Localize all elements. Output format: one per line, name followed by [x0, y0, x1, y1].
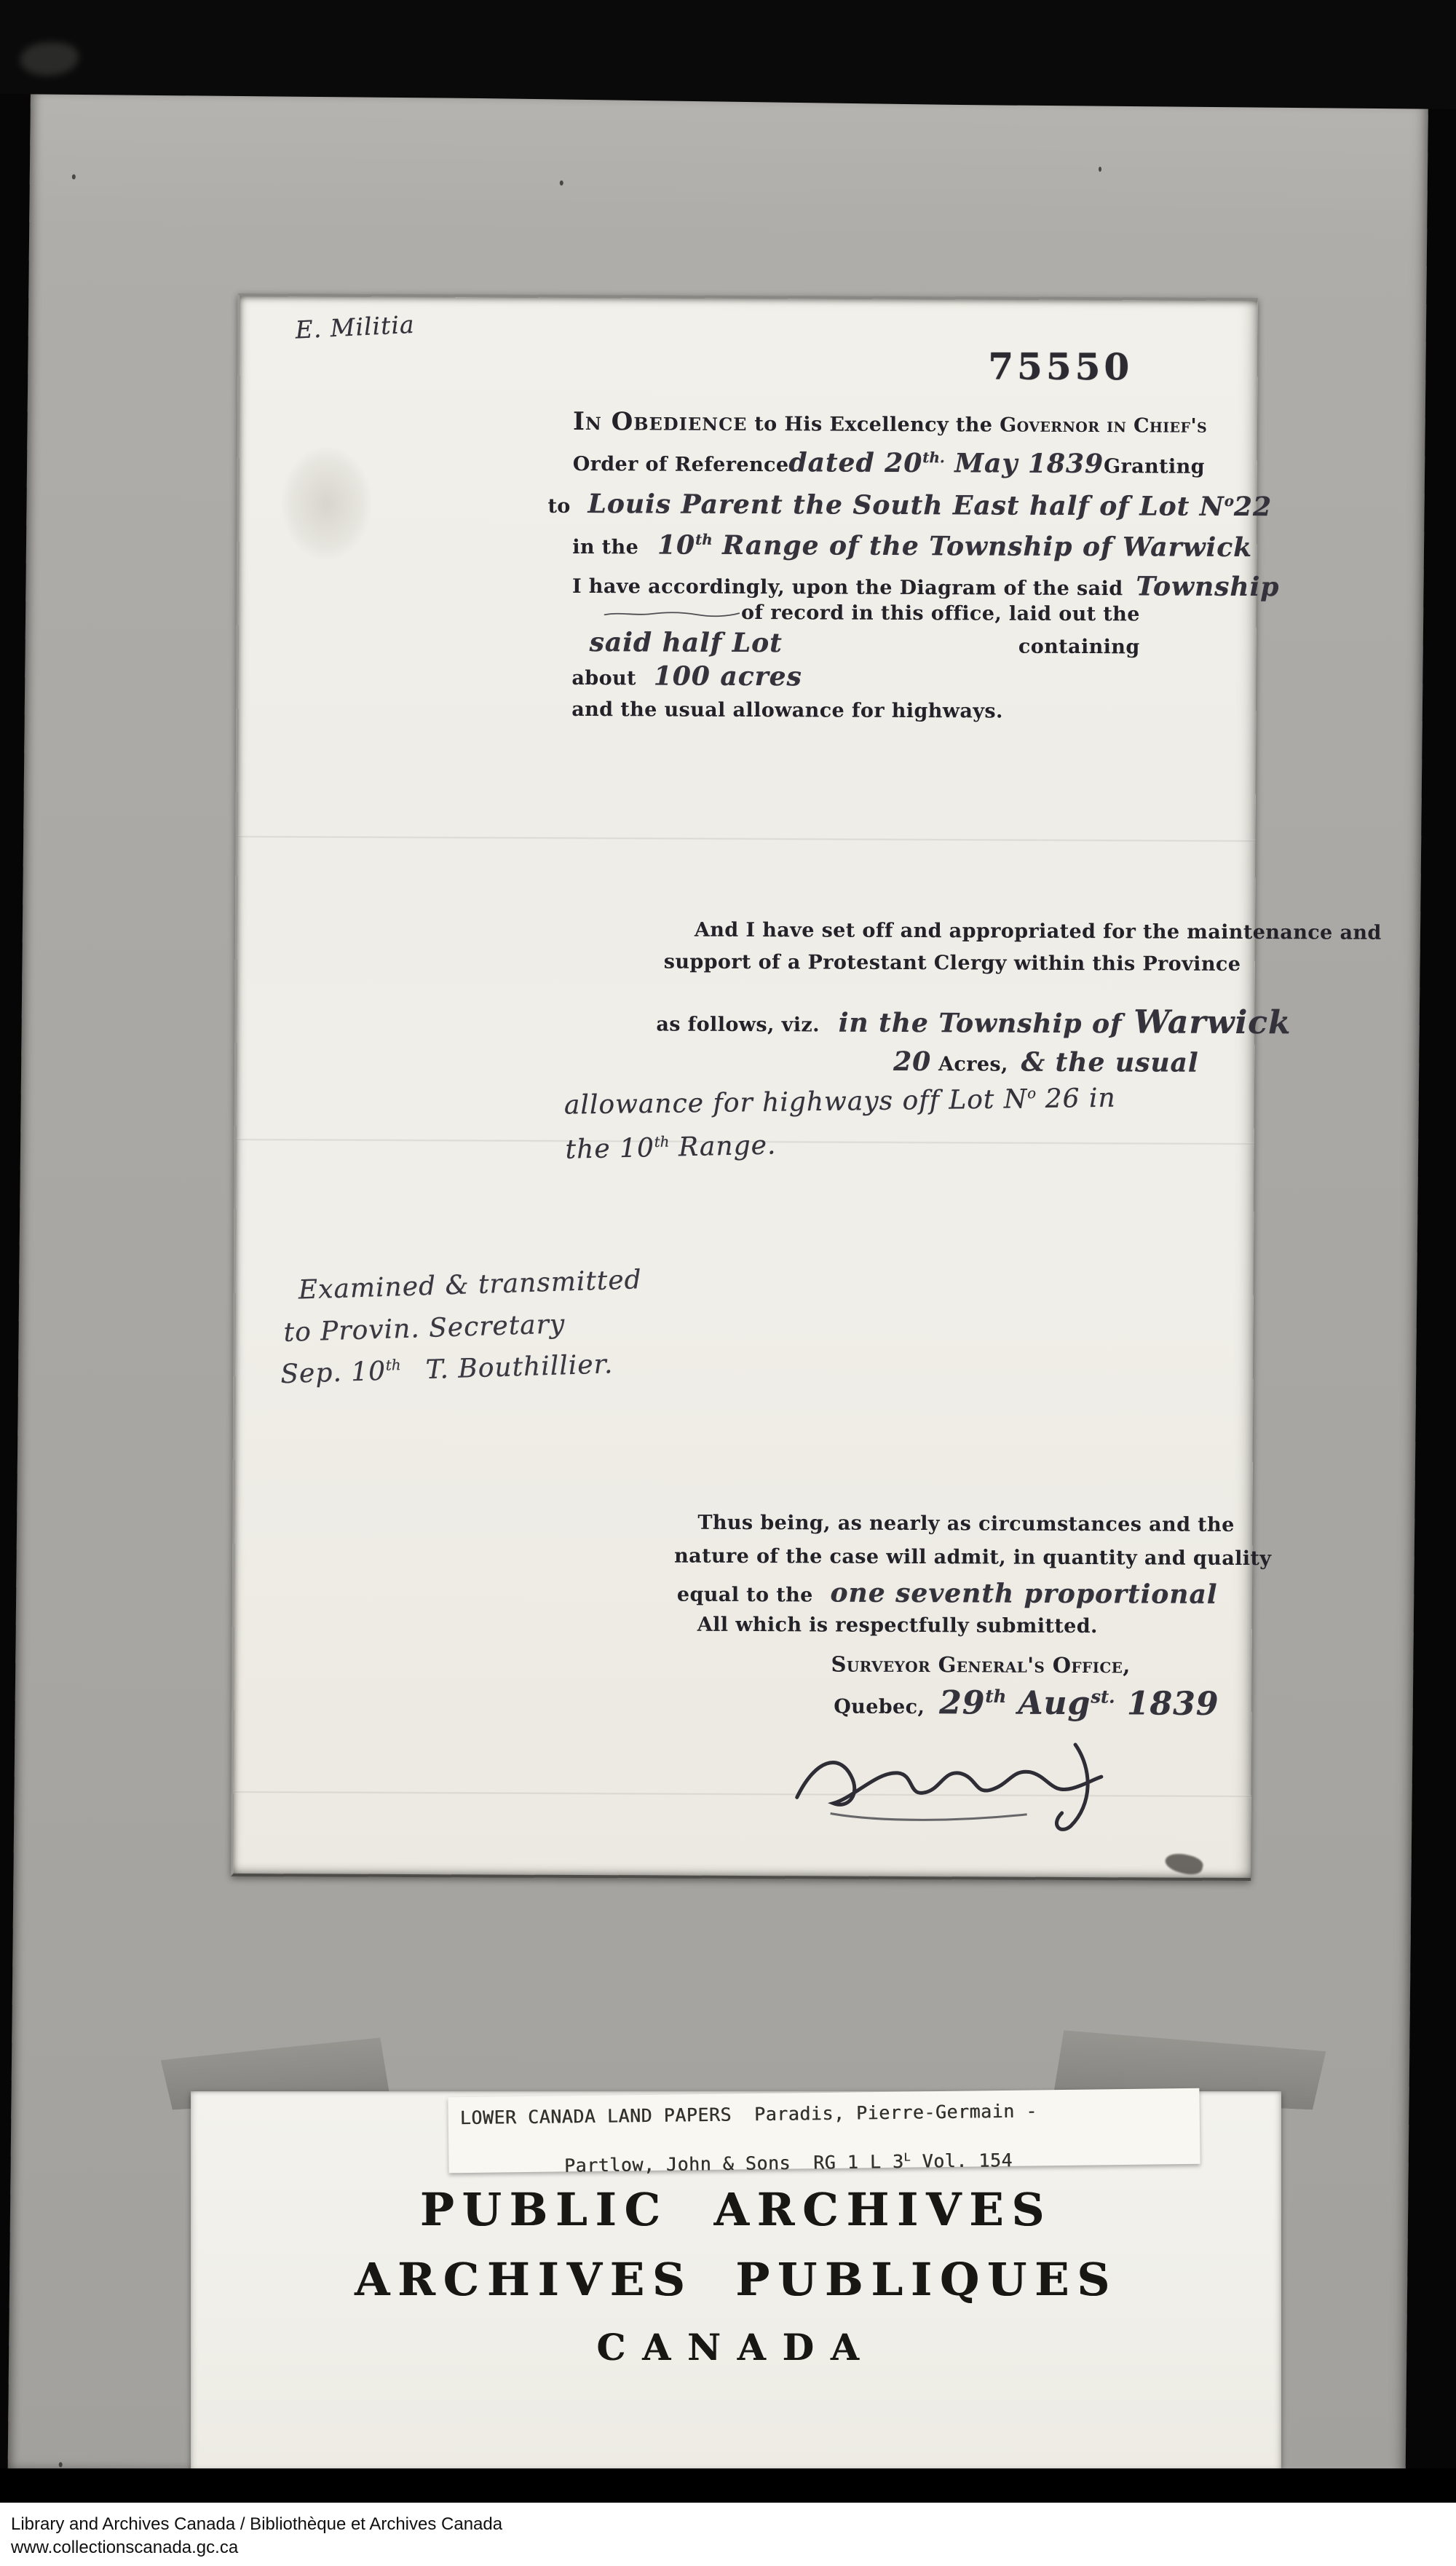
print-run: to — [547, 495, 570, 518]
printed-line-equal: equal to the one seventh proportional — [677, 1577, 1218, 1610]
film-edge-top — [0, 0, 1456, 109]
film-marking — [20, 42, 79, 76]
printed-date-line: Quebec, 29th Augst. 1839 — [834, 1684, 1219, 1723]
handwritten-run: 20 — [893, 1046, 931, 1077]
stamp-canada: CANADA — [191, 2326, 1281, 2369]
handwritten-date-1839: 29th Augst. 1839 — [939, 1684, 1219, 1723]
stamp-public-archives: PUBLIC ARCHIVES — [191, 2183, 1281, 2236]
printed-line-reference: Order of Reference dated 20th. May 1839 … — [573, 452, 1141, 479]
print-run: as follows, viz. — [656, 1013, 820, 1036]
footer-url-text: www.collectionscanada.gc.ca — [11, 2538, 238, 2558]
page-corner-curl — [1163, 1850, 1205, 1878]
stamp-archives-publiques: ARCHIVES PUBLIQUES — [191, 2253, 1281, 2306]
dust-speck — [1099, 167, 1101, 172]
blank-line-scribble — [603, 607, 741, 620]
printed-line-containing: said half Lot containing — [590, 627, 1140, 660]
print-run-smallcaps: Governor in Chief's — [1000, 414, 1207, 438]
printed-line-highways: and the usual allowance for highways. — [571, 698, 1003, 723]
printed-line-clergy1: And I have set off and appropriated for … — [695, 919, 1382, 944]
handwritten-allowance-line: allowance for highways off Lot No 26 in — [564, 1083, 1116, 1121]
handwritten-range: 10th Range of the Township of Warwick — [657, 529, 1252, 563]
print-run: Order of Reference — [573, 453, 789, 476]
signature-scribble — [786, 1727, 1129, 1845]
footer-credit-text: Library and Archives Canada / Bibliothèq… — [11, 2514, 502, 2535]
print-run: Granting — [1104, 455, 1205, 478]
handwritten-township: Township — [1136, 571, 1279, 602]
print-run: containing — [1018, 636, 1140, 659]
examined-note-line1: Examined & transmitted — [298, 1265, 642, 1305]
printed-line-range: in the 10th Range of the Township of War… — [572, 529, 1252, 563]
handwritten-range-line: the 10th Range. — [565, 1130, 777, 1164]
handwritten-proportion: one seventh proportional — [831, 1578, 1218, 1610]
printed-line-viz: as follows, viz. in the Township of Warw… — [656, 1001, 1291, 1041]
print-run: to His Excellency the — [754, 413, 992, 436]
handwritten-grantee: Louis Parent the South East half of Lot … — [587, 489, 1272, 522]
lead-words: In Obedience — [573, 407, 748, 437]
print-run: about — [571, 667, 636, 690]
printed-line-submitted: All which is respectfully submitted. — [697, 1614, 1098, 1638]
print-run: of record in this office, laid out the — [741, 601, 1140, 625]
dust-speck — [72, 174, 76, 179]
handwritten-warwick: Warwick — [1133, 1003, 1291, 1041]
land-grant-document: E. Militia 75550 In Obedience to His Exc… — [231, 293, 1257, 1881]
examined-note-line3: Sep. 10thT. Bouthillier. — [280, 1349, 614, 1389]
handwritten-township-of: in the Township of — [839, 1008, 1123, 1040]
film-edge-bottom — [0, 2468, 1456, 2503]
file-number: 75550 — [988, 344, 1133, 388]
printed-office-line: Surveyor General's Office, — [831, 1652, 1130, 1678]
printed-line-clergy2: support of a Protestant Clergy within th… — [664, 951, 1241, 976]
archives-stamp-card: LOWER CANADA LAND PAPERS Paradis, Pierre… — [191, 2091, 1281, 2468]
fold-crease — [237, 835, 1255, 842]
printed-line-diagram: I have accordingly, upon the Diagram of … — [572, 569, 1280, 602]
handwritten-date: dated 20th. May 1839 — [788, 447, 1104, 479]
printed-line-acres-clergy: 20 Acres, & the usual — [893, 1046, 1199, 1078]
handwritten-halflot: said half Lot — [590, 627, 783, 658]
handwritten-acres: 100 acres — [654, 660, 802, 692]
print-run: Quebec, — [834, 1696, 925, 1719]
print-run: I have accordingly, upon the Diagram of … — [572, 575, 1123, 600]
print-run: in the — [572, 536, 638, 558]
embossed-seal — [281, 446, 372, 561]
printed-line-grantee: to Louis Parent the South East half of L… — [547, 489, 1272, 522]
printed-line-record: of record in this office, laid out the — [603, 601, 1140, 625]
printed-line-acreage: about 100 acres — [571, 660, 802, 692]
printed-line-thus: Thus being, as nearly as circumstances a… — [697, 1512, 1234, 1536]
printed-line-nature: nature of the case will admit, in quanti… — [674, 1545, 1271, 1571]
catalog-label: LOWER CANADA LAND PAPERS Paradis, Pierre… — [448, 2088, 1200, 2174]
dust-speck — [59, 2462, 63, 2467]
handwritten-run: & the usual — [1021, 1047, 1199, 1078]
microfilm-scan-page: E. Militia 75550 In Obedience to His Exc… — [0, 0, 1456, 2566]
catalog-label-line1: LOWER CANADA LAND PAPERS Paradis, Pierre… — [460, 2100, 1037, 2128]
examined-note-line2: to Provin. Secretary — [283, 1309, 566, 1348]
print-run: equal to the — [677, 1584, 813, 1607]
dust-speck — [560, 181, 563, 186]
militia-annotation: E. Militia — [295, 310, 416, 344]
print-run: Acres, — [938, 1053, 1008, 1075]
footer-credit-bar: Library and Archives Canada / Bibliothèq… — [0, 2503, 1456, 2566]
printed-line-obedience: In Obedience to His Excellency the Gover… — [573, 407, 1207, 439]
